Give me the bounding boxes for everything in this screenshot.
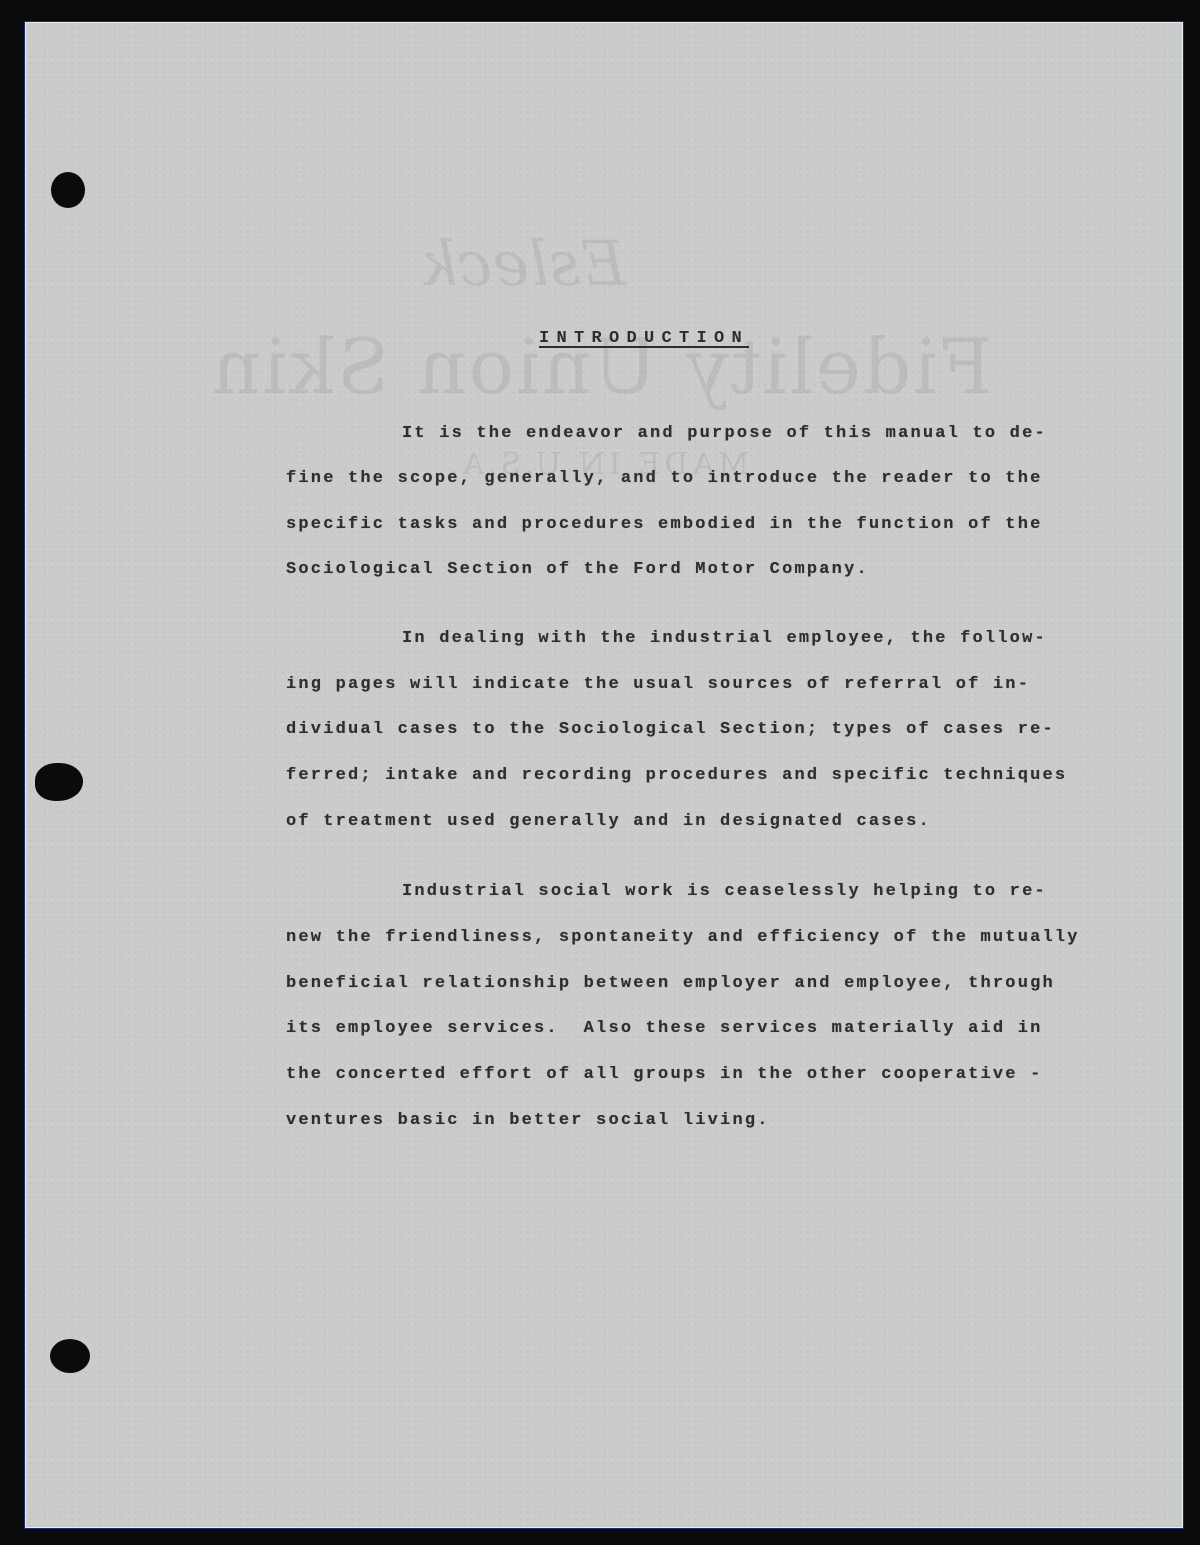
watermark-bleedthrough-brand: Esleck [420, 227, 626, 300]
page-title: INTRODUCTION [539, 329, 749, 348]
paragraph-1-line-3: specific tasks and procedures embodied i… [286, 515, 1043, 535]
paragraph-3-line-2: new the friendliness, spontaneity and ef… [286, 928, 1080, 948]
paragraph-1-line-2: fine the scope, generally, and to introd… [286, 469, 1043, 489]
document-page: Esleck Fidelity Union Skin MADE IN U.S.A… [25, 22, 1183, 1528]
paragraph-3-line-5: the concerted effort of all groups in th… [286, 1065, 1043, 1085]
paragraph-3-line-1: Industrial social work is ceaselessly he… [402, 882, 1047, 902]
paragraph-2-line-3: dividual cases to the Sociological Secti… [286, 720, 1055, 740]
paragraph-1-line-1: It is the endeavor and purpose of this m… [402, 424, 1047, 444]
paragraph-3-line-4: its employee services. Also these servic… [286, 1019, 1043, 1039]
paragraph-2-line-2: ing pages will indicate the usual source… [286, 675, 1030, 695]
punch-hole-bottom [50, 1339, 90, 1373]
punch-hole-top [51, 172, 85, 208]
paragraph-2-line-5: of treatment used generally and in desig… [286, 812, 931, 832]
paragraph-2-line-4: ferred; intake and recording procedures … [286, 766, 1067, 786]
paragraph-3-line-6: ventures basic in better social living. [286, 1111, 770, 1131]
paragraph-2-line-1: In dealing with the industrial employee,… [402, 629, 1047, 649]
paragraph-1-line-4: Sociological Section of the Ford Motor C… [286, 560, 869, 580]
paragraph-3-line-3: beneficial relationship between employer… [286, 974, 1055, 994]
